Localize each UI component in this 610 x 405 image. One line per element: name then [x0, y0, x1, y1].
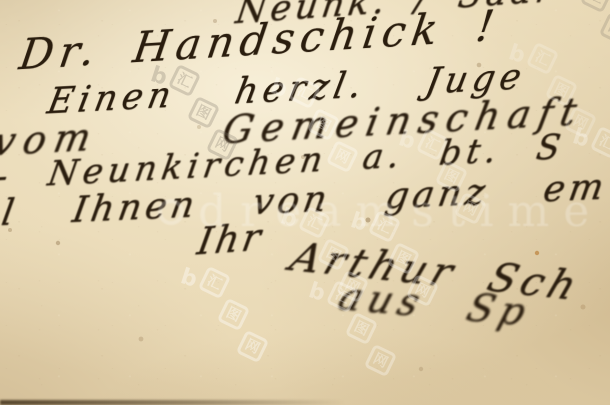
stamp-character-box: 网 — [236, 330, 269, 363]
stock-watermark-stamp: b汇图网 — [286, 76, 366, 188]
stamp-character-box: 图 — [307, 108, 340, 141]
stamp-character-box: 图 — [345, 312, 378, 345]
handwriting-line-3: Einen herzl. Juge — [44, 57, 529, 122]
stamp-character-box: 汇 — [368, 210, 401, 243]
handwriting-line-6: l Ihnen von ganz em — [0, 166, 610, 234]
stamp-character-box: 汇 — [590, 126, 610, 159]
stamp-character-box: 图 — [387, 242, 420, 275]
stamp-character-box: 网 — [336, 270, 369, 303]
handwriting-line-1: Neunk. / Saar — [233, 0, 559, 32]
stamp-character-box: 图 — [317, 238, 350, 271]
stamp-character-box: 网 — [364, 344, 397, 377]
paper-edge-shadow — [0, 400, 345, 405]
handwriting-line-7: Ihr — [194, 215, 267, 263]
stamp-character-box: 汇 — [288, 76, 321, 109]
stamp-character-box: 汇 — [298, 206, 331, 239]
dreamstime-watermark: dreamstime — [158, 186, 603, 237]
stamp-character-box: 图 — [187, 96, 220, 129]
handwriting-line-2: Dr. Handschick ! — [16, 0, 503, 79]
stamp-character-box: 汇 — [326, 280, 359, 313]
handwriting-line-8: Arthur Sch — [284, 235, 588, 310]
stock-watermark-stamp: b汇图网 — [196, 266, 276, 378]
stamp-logo-icon: b — [396, 126, 419, 155]
stamp-logo-icon: b — [278, 204, 301, 233]
stock-watermark-stamp: b汇图网 — [588, 126, 610, 238]
stamp-character-box: 图 — [599, 12, 610, 45]
stock-watermark-stamp: b汇图网 — [524, 42, 604, 154]
stamp-character-box: 图 — [435, 160, 468, 193]
dreamstime-logo-icon — [158, 199, 184, 225]
stamp-logo-icon: b — [268, 74, 291, 103]
stock-watermark-stamp: b汇图网 — [366, 210, 446, 322]
stamp-character-box: 图 — [217, 298, 250, 331]
stamp-character-box: 网 — [454, 192, 487, 225]
stamp-character-box: 汇 — [580, 0, 610, 13]
paper-specks — [0, 0, 2, 2]
stamp-logo-icon: b — [560, 0, 583, 7]
vintage-letter-photo: Neunk. / Saar Dr. Handschick ! Einen her… — [0, 0, 610, 405]
watermark-layer: b汇图网b汇图网b汇图网b汇图网b汇图网b汇图网b汇图网b汇图网b汇图网b汇图网 — [0, 0, 610, 405]
stamp-logo-icon: b — [178, 264, 201, 293]
stock-watermark-stamp: b汇图网 — [324, 280, 404, 392]
stamp-logo-icon: b — [506, 40, 529, 69]
stock-watermark-stamp: b汇图网 — [578, 0, 610, 92]
stock-watermark-stamp: b汇图网 — [414, 128, 494, 240]
stamp-logo-icon: b — [348, 208, 371, 237]
stamp-character-box: 汇 — [526, 42, 559, 75]
handwriting-line-5: - Neunkirchen a. bt. S — [0, 127, 568, 197]
stamp-character-box: 图 — [545, 74, 578, 107]
stamp-logo-icon: b — [306, 278, 329, 307]
handwriting-line-4: vom Gemeinschaft — [0, 89, 588, 164]
stamp-logo-icon: b — [570, 124, 593, 153]
stamp-character-box: 网 — [406, 274, 439, 307]
paper-grain-texture — [0, 0, 610, 405]
stamp-logo-icon: b — [148, 62, 171, 91]
handwriting-line-9: aus Sp — [333, 274, 537, 334]
stamp-character-box: 网 — [206, 128, 239, 161]
stock-watermark-stamp: b汇图网 — [296, 206, 376, 318]
dreamstime-watermark-text: dreamstime — [198, 186, 603, 237]
stamp-character-box: 网 — [326, 140, 359, 173]
stamp-character-box: 汇 — [168, 64, 201, 97]
stock-watermark-stamp: b汇图网 — [166, 64, 246, 176]
stamp-character-box: 汇 — [198, 266, 231, 299]
stamp-character-box: 网 — [564, 106, 597, 139]
stamp-character-box: 汇 — [416, 128, 449, 161]
